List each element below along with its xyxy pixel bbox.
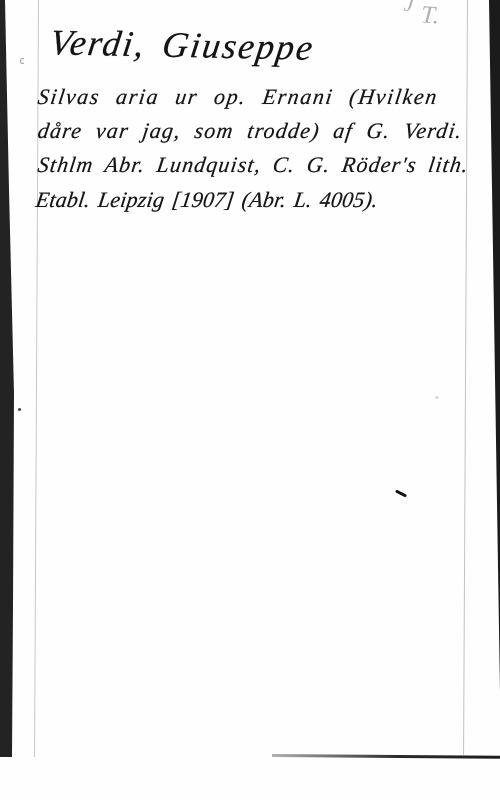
pencil-annotation-t: T.	[420, 1, 440, 30]
card-left-edge-line	[34, 0, 39, 757]
card-bottom-edge-line	[272, 754, 500, 759]
ink-speck	[435, 396, 439, 399]
scan-edge-strip-right	[489, 0, 500, 692]
pencil-annotation-j: J	[402, 0, 415, 18]
ink-tick-mark	[395, 489, 407, 497]
scanned-catalog-card: J T. Verdi, Giuseppe Silvas aria ur op. …	[0, 0, 500, 800]
card-text-line-imprint: Etabl. Leipzig [1907] (Abr. L. 4005).	[34, 187, 380, 213]
scan-edge-strip-left	[0, 0, 14, 757]
card-text-line-title-continued: dåre var jag, som trodde) af G. Verdi.	[36, 118, 464, 144]
card-heading-composer-name: Verdi, Giuseppe	[47, 21, 317, 69]
ink-speck	[18, 408, 21, 411]
card-right-edge-line	[463, 0, 468, 755]
card-text-line-title: Silvas aria ur op. Ernani (Hvilken	[36, 84, 440, 110]
card-text-line-publisher: Sthlm Abr. Lundquist, C. G. Röder's lith…	[36, 152, 470, 178]
ink-speck	[20, 58, 25, 64]
